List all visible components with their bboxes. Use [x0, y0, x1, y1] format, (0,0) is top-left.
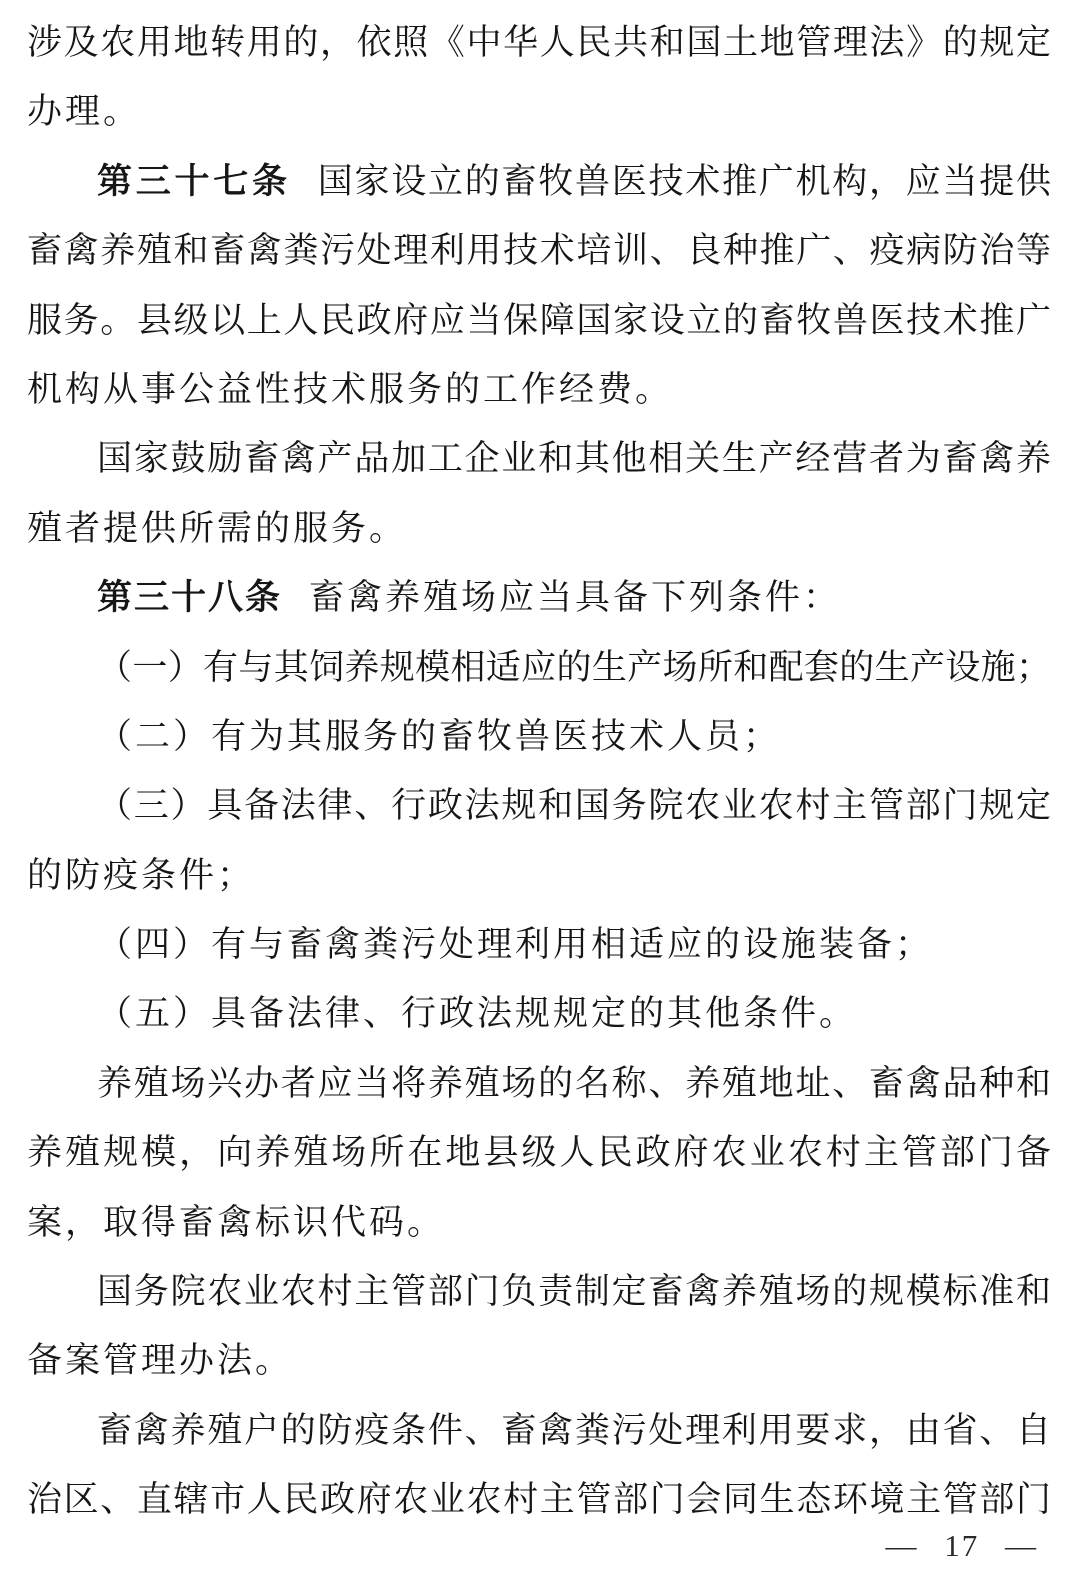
line-text: 服务。县级以上人民政府应当保障国家设立的畜牧兽医技术推广 [27, 301, 1051, 340]
text-line: 备案管理办法。 [27, 1326, 1051, 1395]
text-line-article-38: 第三十八条畜禽养殖场应当具备下列条件： [27, 563, 1051, 632]
text-line: 殖者提供所需的服务。 [27, 494, 1051, 563]
text-line-item-1: （一）有与其饲养规模相适应的生产场所和配套的生产设施； [27, 633, 1051, 702]
text-line: 国务院农业农村主管部门负责制定畜禽养殖场的规模标准和 [27, 1257, 1051, 1326]
line-text: 国务院农业农村主管部门负责制定畜禽养殖场的规模标准和 [97, 1272, 1051, 1311]
text-line-item-3: （三）具备法律、行政法规和国务院农业农村主管部门规定 [27, 771, 1051, 840]
text-line-article-37: 第三十七条国家设立的畜牧兽医技术推广机构，应当提供 [27, 147, 1051, 216]
document-page: 涉及农用地转用的，依照《中华人民共和国土地管理法》的规定 办理。 第三十七条国家… [0, 0, 1080, 1596]
line-text: 的防疫条件； [27, 856, 255, 895]
text-line: 畜禽养殖和畜禽粪污处理利用技术培训、良种推广、疫病防治等 [27, 216, 1051, 285]
line-text: 畜禽养殖场应当具备下列条件： [309, 578, 841, 617]
line-text: 机构从事公益性技术服务的工作经费。 [27, 370, 673, 409]
text-line: 机构从事公益性技术服务的工作经费。 [27, 355, 1051, 424]
line-text: 治区、直辖市人民政府农业农村主管部门会同生态环境主管部门 [27, 1480, 1051, 1519]
line-text: （四）有与畜禽粪污处理利用相适应的设施装备； [97, 925, 933, 964]
line-text: 养殖场兴办者应当将养殖场的名称、养殖地址、畜禽品种和 [97, 1064, 1051, 1103]
page-number: — 17 — [886, 1524, 1039, 1568]
text-line: 服务。县级以上人民政府应当保障国家设立的畜牧兽医技术推广 [27, 286, 1051, 355]
text-line: 畜禽养殖户的防疫条件、畜禽粪污处理利用要求，由省、自 [27, 1396, 1051, 1465]
line-text: （一）有与其饲养规模相适应的生产场所和配套的生产设施； [97, 648, 1051, 687]
line-text: 国家鼓励畜禽产品加工企业和其他相关生产经营者为畜禽养 [97, 439, 1051, 478]
line-text: 办理。 [27, 92, 141, 131]
document-body: 涉及农用地转用的，依照《中华人民共和国土地管理法》的规定 办理。 第三十七条国家… [27, 8, 1051, 1535]
line-text: （二）有为其服务的畜牧兽医技术人员； [97, 717, 781, 756]
article-number-38: 第三十八条 [97, 578, 282, 617]
line-text: 国家设立的畜牧兽医技术推广机构，应当提供 [318, 162, 1051, 201]
line-text: 养殖规模，向养殖场所在地县级人民政府农业农村主管部门备 [27, 1133, 1051, 1172]
line-text: 案，取得畜禽标识代码。 [27, 1203, 445, 1242]
line-text: （三）具备法律、行政法规和国务院农业农村主管部门规定 [97, 786, 1051, 825]
text-line: 办理。 [27, 77, 1051, 146]
text-line: 国家鼓励畜禽产品加工企业和其他相关生产经营者为畜禽养 [27, 424, 1051, 493]
text-line: 的防疫条件； [27, 841, 1051, 910]
line-text: 备案管理办法。 [27, 1341, 293, 1380]
text-line-item-4: （四）有与畜禽粪污处理利用相适应的设施装备； [27, 910, 1051, 979]
text-line-item-2: （二）有为其服务的畜牧兽医技术人员； [27, 702, 1051, 771]
line-text: （五）具备法律、行政法规规定的其他条件。 [97, 994, 857, 1033]
text-line-item-5: （五）具备法律、行政法规规定的其他条件。 [27, 979, 1051, 1048]
line-text: 殖者提供所需的服务。 [27, 509, 407, 548]
line-text: 畜禽养殖和畜禽粪污处理利用技术培训、良种推广、疫病防治等 [27, 231, 1051, 270]
text-line: 涉及农用地转用的，依照《中华人民共和国土地管理法》的规定 [27, 8, 1051, 77]
text-line: 养殖场兴办者应当将养殖场的名称、养殖地址、畜禽品种和 [27, 1049, 1051, 1118]
line-text: 畜禽养殖户的防疫条件、畜禽粪污处理利用要求，由省、自 [97, 1411, 1051, 1450]
text-line: 养殖规模，向养殖场所在地县级人民政府农业农村主管部门备 [27, 1118, 1051, 1187]
article-number-37: 第三十七条 [97, 162, 291, 201]
text-line: 案，取得畜禽标识代码。 [27, 1188, 1051, 1257]
line-text: 涉及农用地转用的，依照《中华人民共和国土地管理法》的规定 [27, 23, 1051, 62]
